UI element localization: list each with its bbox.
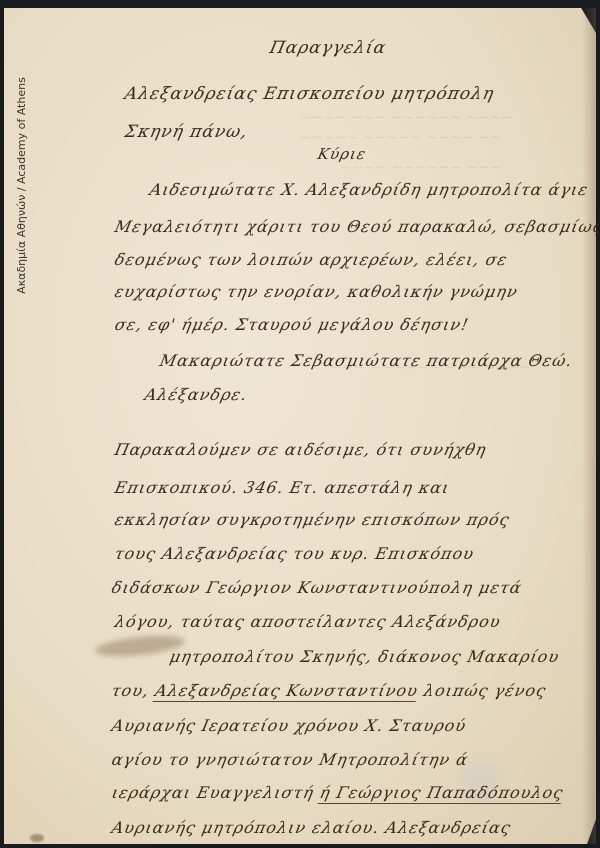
- edge-stain: [30, 834, 44, 842]
- body-line: δεομένως των λοιπών αρχιερέων, ελέει, σε: [113, 250, 509, 269]
- body-line: Αυριανής Ιερατείου χρόνου Χ. Σταυρού: [110, 716, 468, 735]
- underlined-name: ή Γεώργιος Παπαδόπουλος: [318, 783, 566, 804]
- header-line: Αλεξανδρείας Επισκοπείου μητρόπολη: [123, 84, 496, 104]
- underlined-name: Αλεξανδρείας Κωνσταντίνου: [153, 681, 420, 702]
- bleed-through-text: ~~~~~ ~~~~~ ~~~~ ~~: [300, 130, 501, 146]
- body-line: Παρακαλούμεν σε αιδέσιμε, ότι συνήχθη: [113, 440, 489, 459]
- body-line: Αιδεσιμώτατε Χ. Αλεξανδρίδη μητροπολίτα …: [148, 180, 590, 199]
- header-line: Σκηνή πάνω,: [123, 122, 250, 142]
- body-line: ιεράρχαι Ευαγγελιστή ή Γεώργιος Παπαδόπο…: [110, 783, 565, 802]
- body-line: σε, εφ' ήμέρ. Σταυρού μεγάλου δέησιν!: [113, 315, 471, 334]
- body-line: Μεγαλειότητι χάριτι του Θεού παρακαλώ, σ…: [113, 217, 600, 236]
- body-line: εκκλησίαν συγκροτημένην επισκόπων πρός: [113, 510, 512, 529]
- body-line: λόγου, ταύτας αποστείλαντες Αλεξάνδρου: [113, 612, 503, 631]
- body-line: Μακαριώτατε Σεβασμιώτατε πατριάρχα Θεώ.: [158, 351, 575, 370]
- body-line: μητροπολίτου Σκηνής, διάκονος Μακαρίου: [168, 647, 561, 666]
- header-line: Παραγγελία: [268, 38, 388, 58]
- page-edge-shadow: [582, 8, 596, 844]
- archive-watermark: Ακαδημία Αθηνών / Academy of Athens: [6, 60, 36, 310]
- bleed-through-text: ~~~~ ~~~ ~~~~~~ ~~~~: [300, 110, 513, 126]
- body-line: τους Αλεξανδρείας του κυρ. Επισκόπου: [113, 544, 476, 563]
- body-line: διδάσκων Γεώργιον Κωνσταντινούπολη μετά: [110, 578, 524, 597]
- body-line: Αυριανής μητρόπολιν ελαίου. Αλεξανδρείας: [110, 818, 513, 837]
- watermark-text: Ακαδημία Αθηνών / Academy of Athens: [15, 77, 28, 294]
- body-line: ευχαρίστως την ενορίαν, καθολικήν γνώμην: [113, 282, 520, 301]
- body-line: του, Αλεξανδρείας Κωνσταντίνου λοιπώς γέ…: [110, 681, 548, 700]
- body-line: Αλέξανδρε.: [143, 385, 249, 404]
- header-line: Κύριε: [316, 145, 368, 163]
- body-line: αγίου το γνησιώτατον Μητροπολίτην ά: [110, 750, 470, 769]
- body-line: Επισκοπικού. 346. Ετ. απεστάλη και: [113, 478, 452, 497]
